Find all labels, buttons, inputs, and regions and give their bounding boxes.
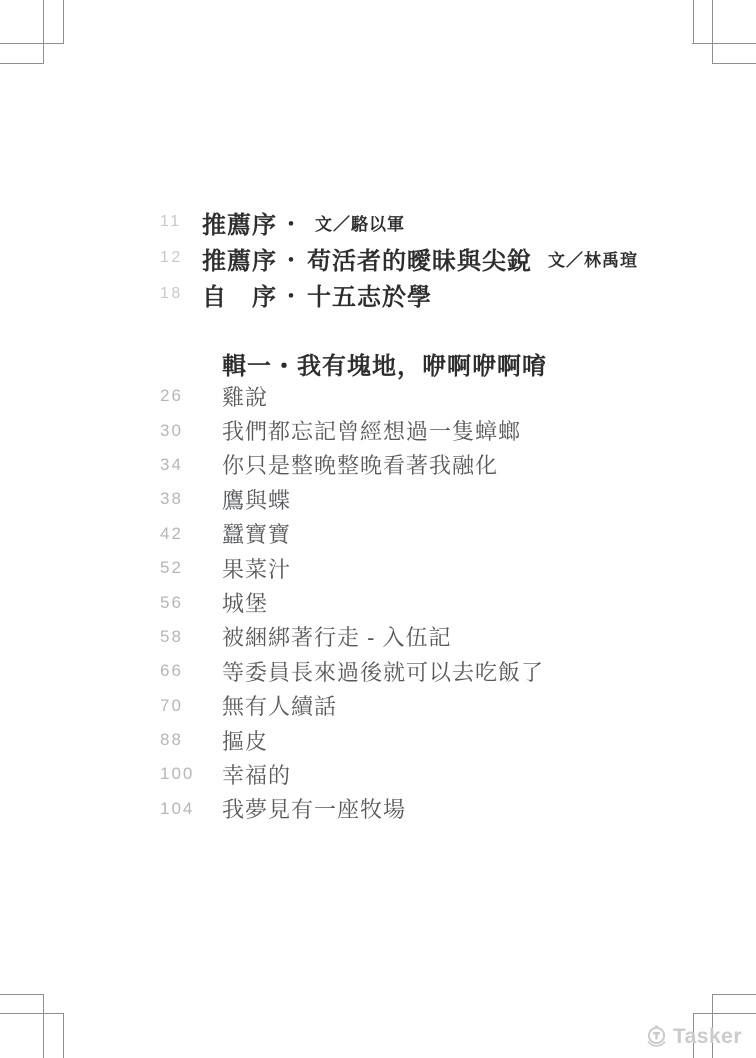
page-number: 42 — [160, 524, 222, 544]
tasker-logo-icon — [644, 1024, 669, 1049]
crop-mark-line — [63, 0, 64, 43]
entry-title: 雞說 — [222, 381, 268, 412]
crop-mark-line — [43, 994, 44, 1058]
crop-mark-line — [0, 43, 64, 44]
entry-title: 城堡 — [222, 587, 268, 618]
entry-subtitle: 十五志於學 — [307, 277, 432, 312]
page-number: 11 — [160, 213, 202, 231]
entry-title: 鷹與蝶 — [222, 484, 291, 515]
crop-mark-line — [693, 0, 694, 43]
crop-mark-line — [63, 1013, 64, 1058]
crop-mark-line — [0, 994, 44, 995]
entry-title: 被綑綁著行走 - 入伍記 — [222, 621, 452, 652]
crop-mark-line — [692, 43, 756, 44]
entry-title: 我們都忘記曾經想過一隻蟑螂 — [222, 415, 521, 446]
entry-title: 蠶寶寶 — [222, 518, 291, 549]
toc-entry: 100 幸福的 — [160, 757, 544, 791]
page-number: 100 — [160, 764, 222, 784]
separator-dot: ・ — [281, 208, 301, 237]
entry-title: 推薦序 — [202, 205, 277, 240]
crop-mark-line — [712, 0, 713, 63]
entry-title: 自 序 — [202, 277, 277, 312]
page-number: 34 — [160, 455, 222, 475]
toc-entry: 66 等委員長來過後就可以去吃飯了 — [160, 654, 544, 688]
crop-mark-line — [712, 994, 756, 995]
toc-entry: 104 我夢見有一座牧場 — [160, 792, 544, 826]
page-number: 70 — [160, 696, 222, 716]
section-title: 輯一・我有塊地，咿啊咿啊唷 — [222, 348, 547, 378]
toc-entry-preface-2: 12 推薦序 ・ 苟活者的曖昧與尖銳 文／林禹瑄 — [160, 240, 638, 276]
entry-title: 我夢見有一座牧場 — [222, 793, 406, 824]
tasker-watermark: Tasker — [644, 1024, 742, 1049]
crop-mark-line — [0, 1013, 64, 1014]
toc-entry: 38 鷹與蝶 — [160, 482, 544, 516]
entry-title: 推薦序 — [202, 241, 277, 276]
page-number: 26 — [160, 386, 222, 406]
toc-list: 26 雞說 30 我們都忘記曾經想過一隻蟑螂 34 你只是整晚整晚看著我融化 3… — [160, 379, 544, 826]
entry-title: 你只是整晚整晚看著我融化 — [222, 449, 498, 480]
crop-mark-line — [712, 63, 756, 64]
watermark-label: Tasker — [673, 1025, 742, 1049]
entry-title: 摳皮 — [222, 725, 268, 756]
toc-entry-preface-1: 11 推薦序 ・ 文／駱以軍 — [160, 204, 638, 240]
entry-title: 等委員長來過後就可以去吃飯了 — [222, 656, 544, 687]
toc-entry: 58 被綑綁著行走 - 入伍記 — [160, 620, 544, 654]
page-number: 52 — [160, 558, 222, 578]
toc-entry: 30 我們都忘記曾經想過一隻蟑螂 — [160, 413, 544, 447]
page-number: 38 — [160, 489, 222, 509]
separator-dot: ・ — [281, 244, 301, 273]
toc-entry: 70 無有人續話 — [160, 689, 544, 723]
page-number: 58 — [160, 627, 222, 647]
page-number: 12 — [160, 249, 202, 267]
toc-entry: 26 雞說 — [160, 379, 544, 413]
front-matter-list: 11 推薦序 ・ 文／駱以軍 12 推薦序 ・ 苟活者的曖昧與尖銳 文／林禹瑄 … — [160, 204, 638, 312]
toc-entry: 88 摳皮 — [160, 723, 544, 757]
page-number: 66 — [160, 661, 222, 681]
book-toc-page: 11 推薦序 ・ 文／駱以軍 12 推薦序 ・ 苟活者的曖昧與尖銳 文／林禹瑄 … — [0, 0, 756, 1058]
page-number: 30 — [160, 421, 222, 441]
crop-mark-line — [0, 63, 44, 64]
entry-title: 無有人續話 — [222, 690, 337, 721]
entry-author: 文／駱以軍 — [315, 210, 405, 235]
separator-dot: ・ — [281, 280, 301, 309]
entry-subtitle: 苟活者的曖昧與尖銳 — [307, 241, 532, 276]
toc-entry: 42 蠶寶寶 — [160, 517, 544, 551]
page-number: 88 — [160, 730, 222, 750]
entry-title: 幸福的 — [222, 759, 291, 790]
toc-entry: 52 果菜汁 — [160, 551, 544, 585]
page-number: 18 — [160, 285, 202, 303]
crop-mark-line — [693, 1013, 756, 1014]
crop-mark-line — [43, 0, 44, 63]
entry-title: 果菜汁 — [222, 553, 291, 584]
toc-entry: 34 你只是整晚整晚看著我融化 — [160, 448, 544, 482]
page-number: 104 — [160, 799, 222, 819]
toc-entry-self-preface: 18 自 序 ・ 十五志於學 — [160, 276, 638, 312]
toc-entry: 56 城堡 — [160, 585, 544, 619]
entry-author: 文／林禹瑄 — [548, 246, 638, 271]
page-number: 56 — [160, 593, 222, 613]
